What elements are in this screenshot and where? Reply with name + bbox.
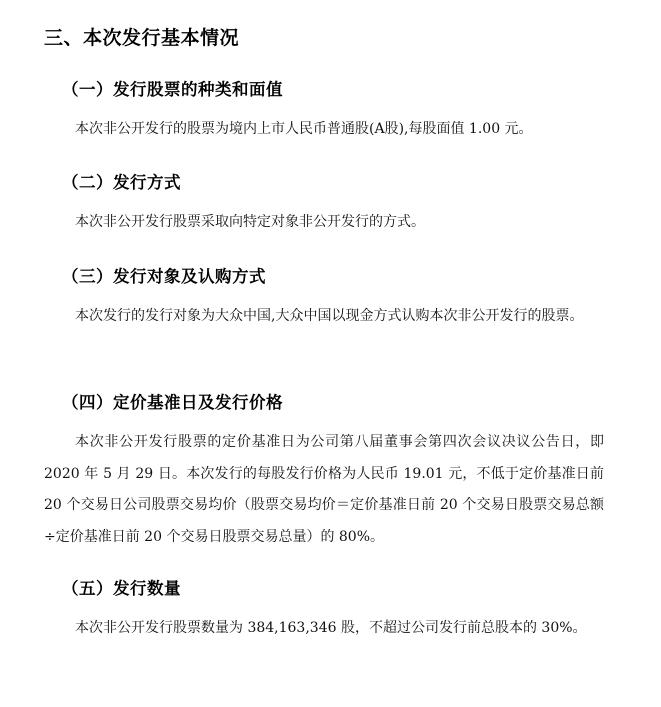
subsection-heading-1: （一）发行股票的种类和面值 (62, 78, 283, 102)
subsection-heading-5: （五）发行数量 (62, 577, 181, 601)
subsection-body-4: 本次非公开发行股票的定价基准日为公司第八届董事会第四次会议决议公告日，即 202… (44, 427, 604, 553)
subsection-body-5: 本次非公开发行股票数量为 384,163,346 股，不超过公司发行前总股本的 … (44, 613, 604, 645)
subsection-body-2: 本次非公开发行股票采取向特定对象非公开发行的方式。 (44, 207, 604, 239)
subsection-heading-4: （四）定价基准日及发行价格 (62, 391, 283, 415)
document-page: 三、本次发行基本情况 （一）发行股票的种类和面值 本次非公开发行的股票为境内上市… (0, 0, 661, 707)
subsection-body-3: 本次发行的发行对象为大众中国,大众中国以现金方式认购本次非公开发行的股票。 (44, 301, 604, 333)
section-title: 三、本次发行基本情况 (44, 24, 239, 52)
subsection-heading-3: （三）发行对象及认购方式 (62, 265, 266, 289)
subsection-heading-2: （二）发行方式 (62, 171, 181, 195)
subsection-body-1: 本次非公开发行的股票为境内上市人民币普通股(A股),每股面值 1.00 元。 (44, 114, 604, 146)
